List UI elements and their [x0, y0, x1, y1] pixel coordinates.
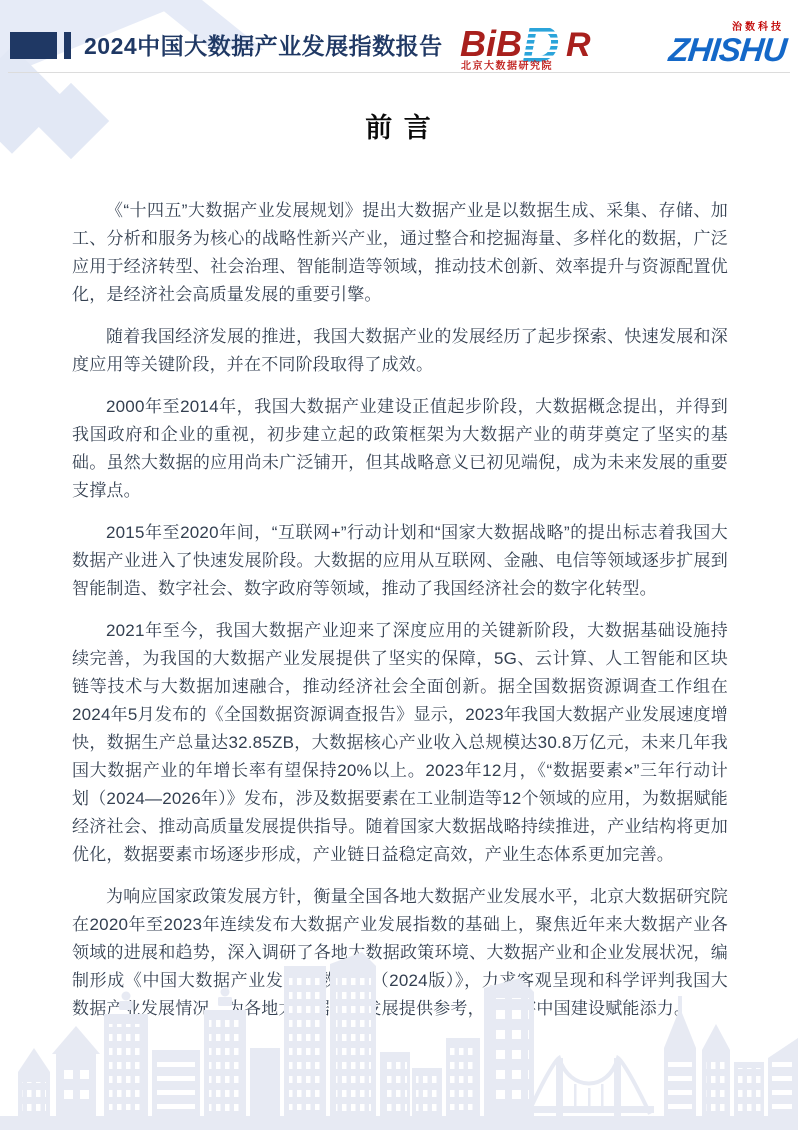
- page-title: 前 言: [0, 106, 798, 145]
- building: [702, 1050, 730, 1118]
- paragraph: 2015年至2020年间，“互联网+”行动计划和“国家大数据战略”的提出标志着我…: [72, 519, 728, 603]
- header-logo-bar: [64, 32, 71, 59]
- building: [734, 1062, 764, 1118]
- bridge-hanger: [574, 1084, 577, 1110]
- bibdr-wordmark-bib: BiB: [460, 23, 522, 64]
- document-page: 2024中国大数据产业发展指数报告 BiB D R 北京大数据研究院 治数科技 …: [0, 0, 798, 1130]
- preface-content: 《“十四五”大数据产业发展规划》提出大数据产业是以数据生成、采集、存储、加工、分…: [72, 197, 728, 1037]
- bridge-hanger: [601, 1084, 604, 1110]
- building: [56, 1054, 96, 1118]
- building: [380, 1052, 410, 1118]
- building: [412, 1068, 442, 1118]
- bibdr-wordmark-r: R: [566, 26, 591, 64]
- header-logo-mark: [10, 32, 57, 59]
- bridge-tower: [556, 1058, 563, 1118]
- zhishu-wordmark: ZHISHU: [667, 34, 787, 66]
- bridge-tower: [614, 1058, 621, 1118]
- paragraph: 2021年至今，我国大数据产业迎来了深度应用的关键新阶段，大数据基础设施持续完善…: [72, 617, 728, 869]
- paragraph: 《“十四五”大数据产业发展规划》提出大数据产业是以数据生成、采集、存储、加工、分…: [72, 197, 728, 309]
- bibdr-subtitle: 北京大数据研究院: [461, 59, 553, 72]
- building: [250, 1048, 280, 1118]
- building: [18, 1048, 50, 1118]
- building: [446, 1038, 480, 1118]
- zhishu-logo: 治数科技 ZHISHU: [626, 18, 786, 66]
- header-divider: [8, 72, 790, 73]
- building: [768, 1038, 798, 1118]
- bridge-deck: [522, 1106, 654, 1113]
- bridge-hanger: [588, 1088, 591, 1110]
- bridge-cable: [528, 1058, 650, 1114]
- bibdr-logo: BiB D R 北京大数据研究院: [460, 22, 645, 72]
- report-title: 2024中国大数据产业发展指数报告: [84, 33, 443, 60]
- building: [152, 1050, 200, 1118]
- ground-strip: [0, 1116, 798, 1130]
- paragraph: 2000年至2014年，我国大数据产业建设正值起步阶段，大数据概念提出，并得到我…: [72, 393, 728, 505]
- paragraph: 为响应国家政策发展方针，衡量全国各地大数据产业发展水平，北京大数据研究院在202…: [72, 883, 728, 1023]
- paragraph: 随着我国经济发展的推进，我国大数据产业的发展经历了起步探索、快速发展和深度应用等…: [72, 323, 728, 379]
- building: [664, 1048, 696, 1118]
